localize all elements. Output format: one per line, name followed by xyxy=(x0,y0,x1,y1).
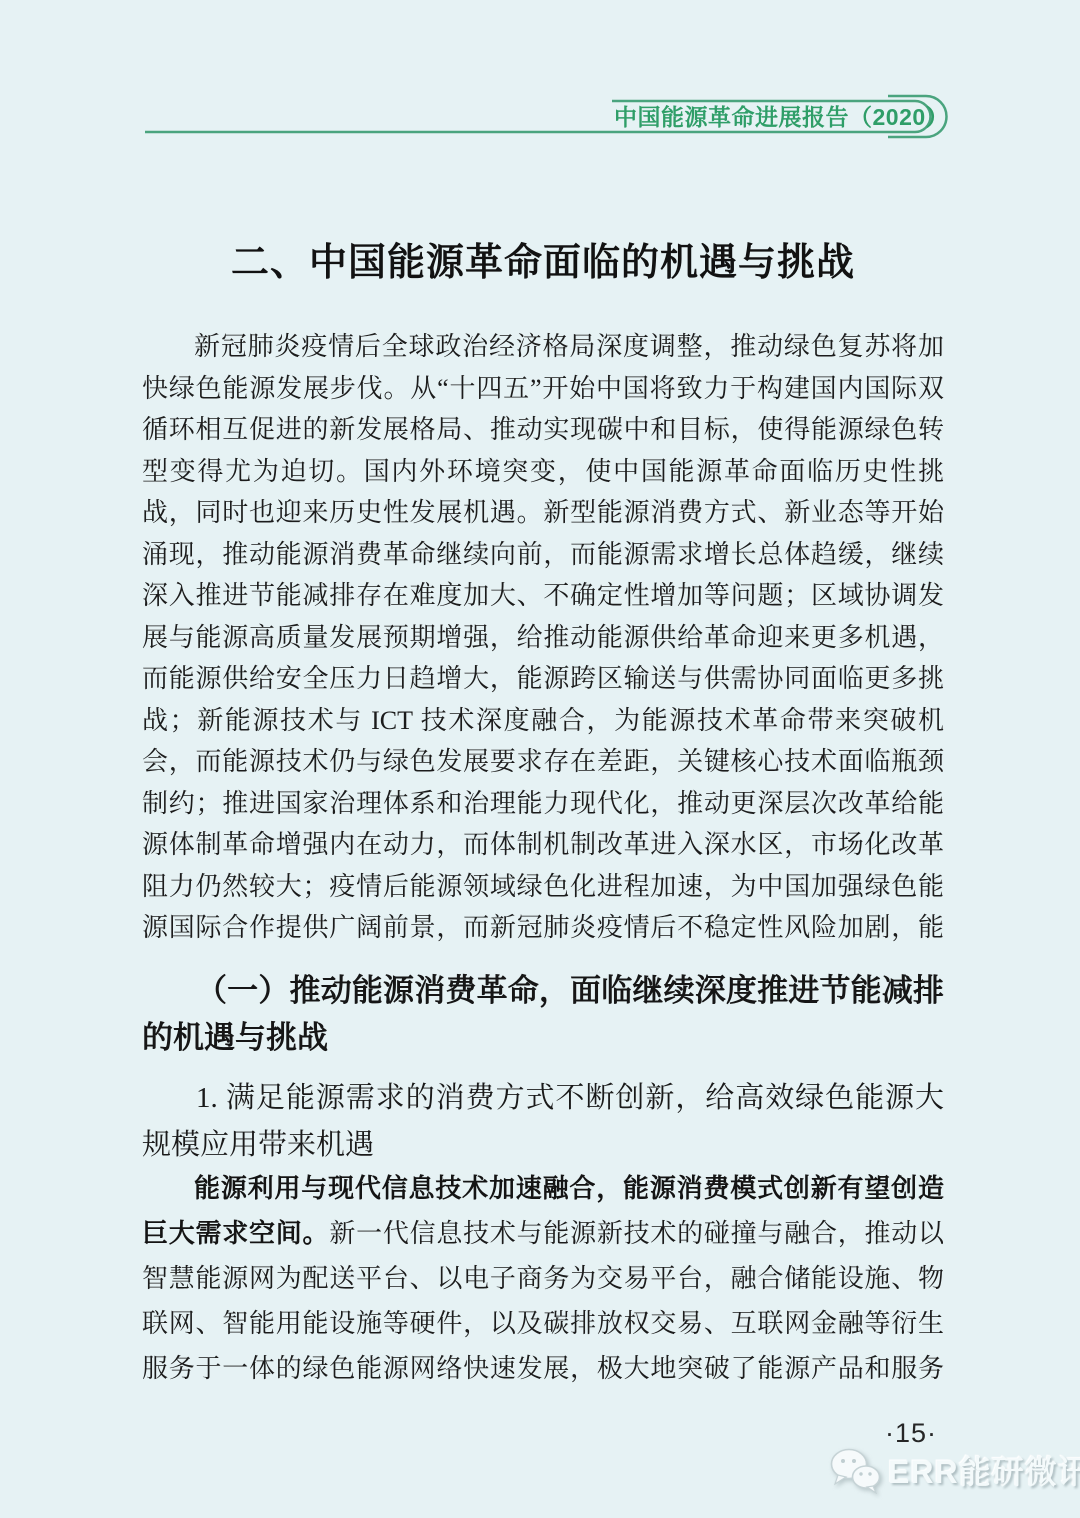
paragraph-1: 新冠肺炎疫情后全球政治经济格局深度调整，推动绿色复苏将加快绿色能源发展步伐。从“… xyxy=(142,326,944,954)
report-title: 中国能源革命进展报告（2020） xyxy=(614,103,914,131)
watermark-text: ERR能研微讯 xyxy=(888,1447,1080,1493)
wechat-icon xyxy=(828,1446,882,1494)
page-number: ·15· xyxy=(856,1418,966,1449)
paragraph-2: 能源利用与现代信息技术加速融合，能源消费模式创新有望创造巨大需求空间。新一代信息… xyxy=(142,1166,944,1396)
document-page: 中国能源革命进展报告（2020） 二、中国能源革命面临的机遇与挑战 新冠肺炎疫情… xyxy=(0,0,1080,1518)
section-heading: （一）推动能源消费革命，面临继续深度推进节能减排的机遇与挑战 xyxy=(142,967,944,1061)
header-rule-and-badge-border xyxy=(0,0,1080,160)
chapter-title: 二、中国能源革命面临的机遇与挑战 xyxy=(142,231,944,286)
subsection-heading: 1. 满足能源需求的消费方式不断创新，给高效绿色能源大规模应用带来机遇 xyxy=(142,1075,944,1169)
watermark: ERR能研微讯 xyxy=(828,1446,1080,1494)
